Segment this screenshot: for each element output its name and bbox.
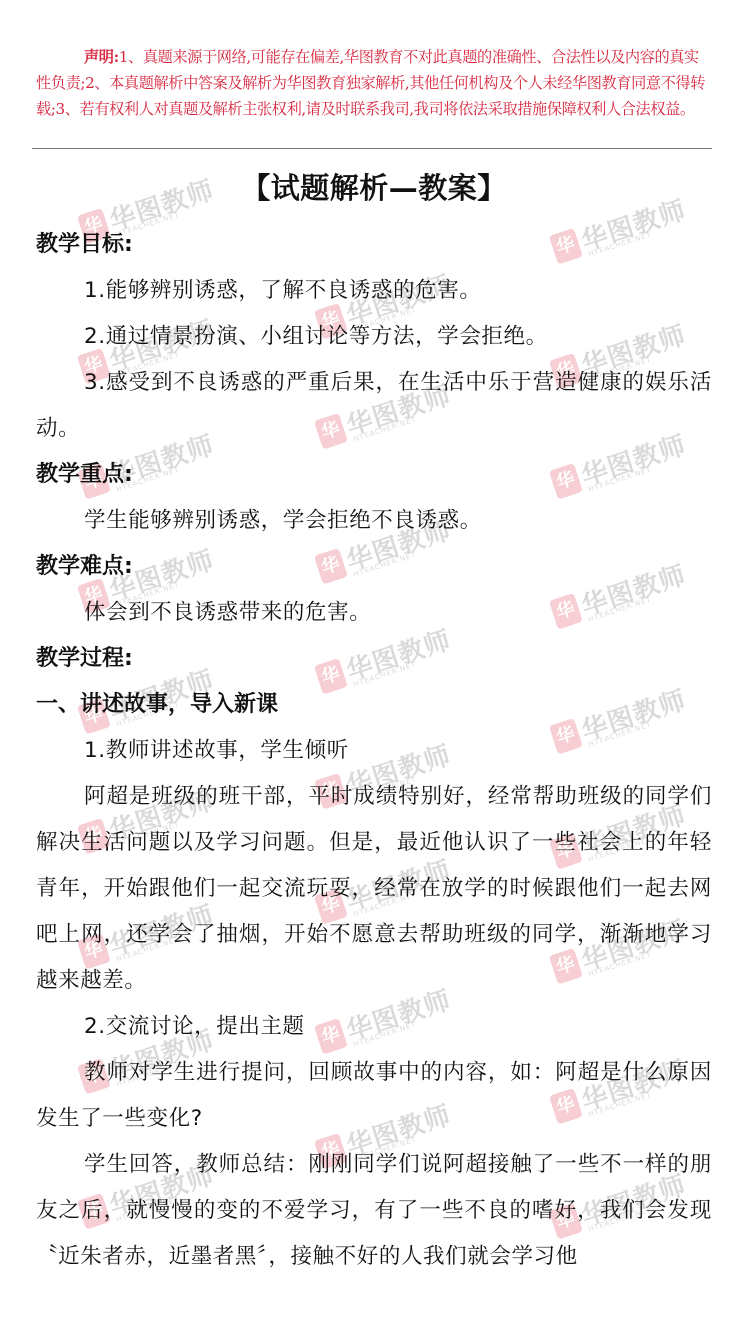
page-title: 【试题解析—教案】 — [0, 166, 748, 207]
lesson-plan-body: 教学目标: 1.能够辨别诱惑，了解不良诱惑的危害。 2.通过情景扮演、小组讨论等… — [36, 222, 712, 1280]
heading-part-1: 一、讲述故事，导入新课 — [36, 682, 712, 728]
heading-process: 教学过程: — [36, 636, 712, 682]
divider — [32, 148, 712, 149]
summary-paragraph: 学生回答，教师总结：刚刚同学们说阿超接触了一些不一样的朋友之后，就慢慢的变的不爱… — [36, 1142, 712, 1280]
step-1-title: 1.教师讲述故事，学生倾听 — [36, 728, 712, 774]
question-paragraph: 教师对学生进行提问，回顾故事中的内容，如：阿超是什么原因发生了一些变化? — [36, 1050, 712, 1142]
objective-item: 1.能够辨别诱惑，了解不良诱惑的危害。 — [36, 268, 712, 314]
step-2-title: 2.交流讨论，提出主题 — [36, 1004, 712, 1050]
difficulty-text: 体会到不良诱惑带来的危害。 — [36, 590, 712, 636]
objective-item: 3.感受到不良诱惑的严重后果，在生活中乐于营造健康的娱乐活动。 — [36, 360, 712, 452]
disclaimer: 声明:1、真题来源于网络,可能存在偏差,华图教育不对此真题的准确性、合法性以及内… — [36, 44, 712, 122]
heading-difficulty: 教学难点: — [36, 544, 712, 590]
disclaimer-lead: 声明: — [84, 48, 119, 66]
objective-item: 2.通过情景扮演、小组讨论等方法，学会拒绝。 — [36, 314, 712, 360]
story-paragraph: 阿超是班级的班干部，平时成绩特别好，经常帮助班级的同学们解决生活问题以及学习问题… — [36, 774, 712, 1004]
heading-objectives: 教学目标: — [36, 222, 712, 268]
disclaimer-text: 1、真题来源于网络,可能存在偏差,华图教育不对此真题的准确性、合法性以及内容的真… — [36, 48, 705, 118]
heading-key-point: 教学重点: — [36, 452, 712, 498]
key-point-text: 学生能够辨别诱惑，学会拒绝不良诱惑。 — [36, 498, 712, 544]
